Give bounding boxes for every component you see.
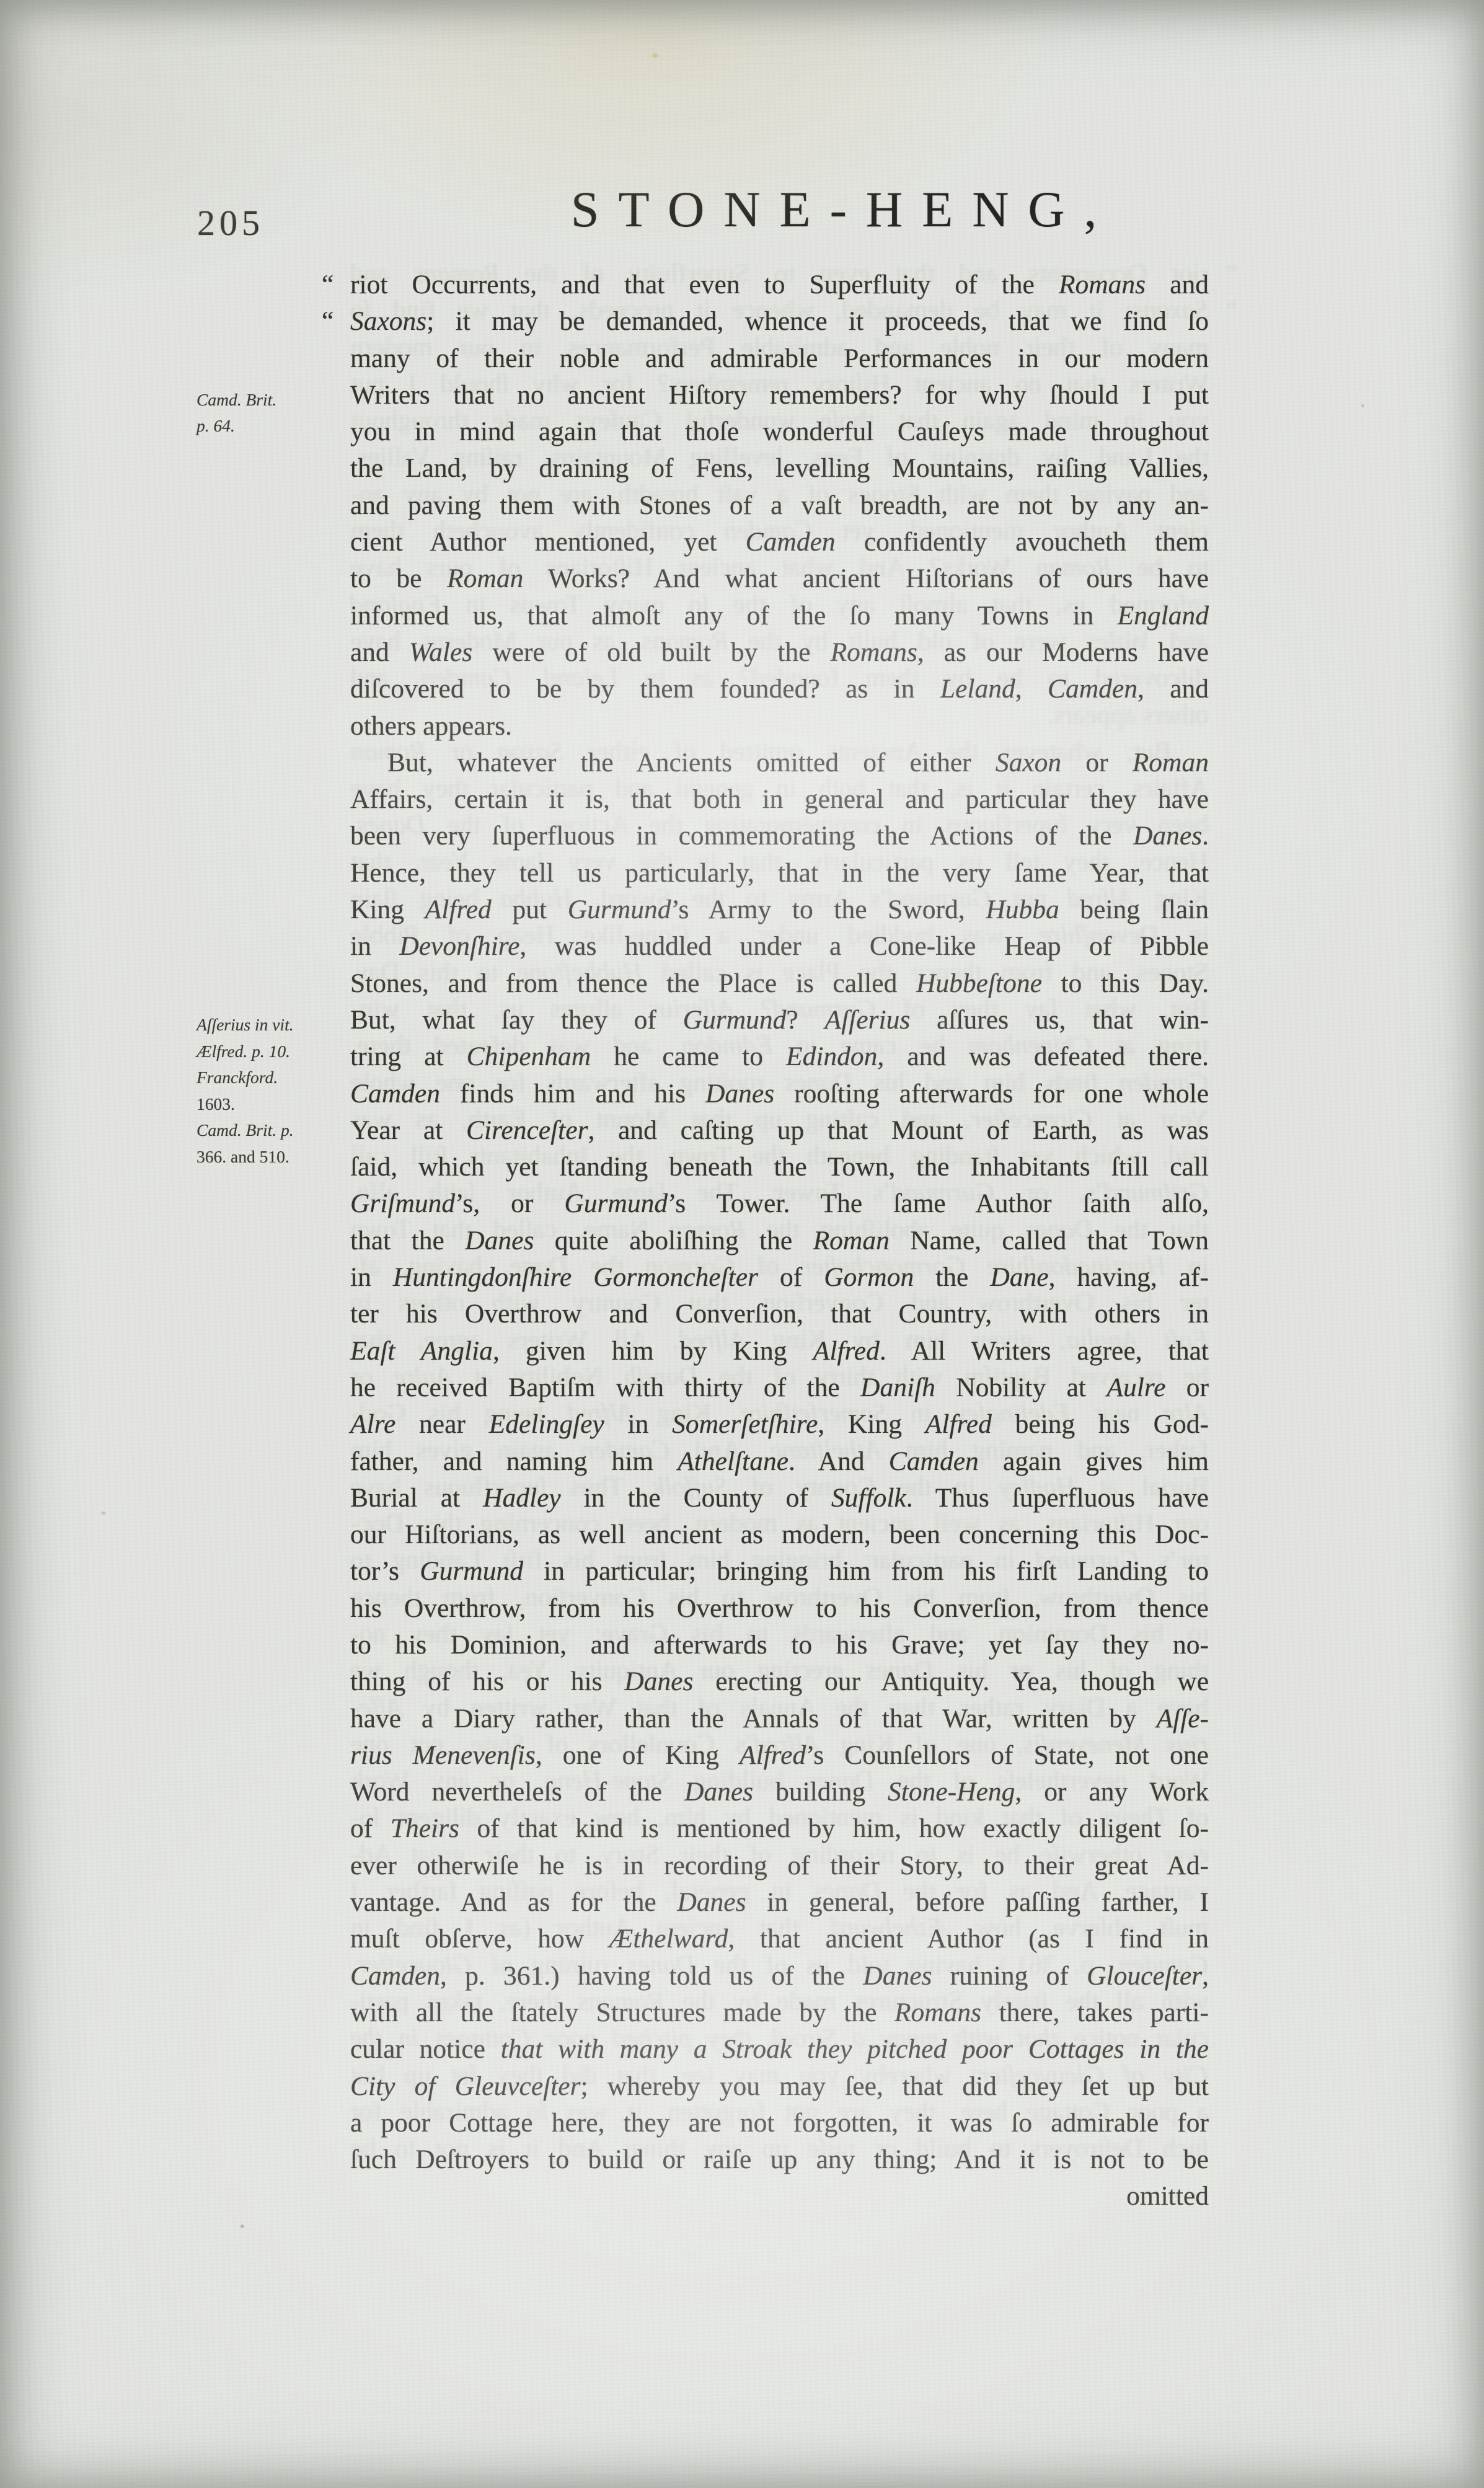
text-line: ter his Overthrow and Converſion, that C… (350, 1296, 1209, 1332)
text-line: have a Diary rather, than the Annals of … (350, 1701, 1209, 1737)
text-segment: England (1118, 601, 1209, 631)
text-line: vantage. And as for the Danes in general… (350, 1884, 1209, 1921)
text-segment: Alre (350, 1409, 395, 1439)
text-segment: Saxon (996, 748, 1061, 777)
text-segment: Edelingſey (489, 1409, 604, 1439)
text-line: cular notice that with many a Stroak the… (350, 2031, 1209, 2068)
text-segment: being ſlain (1059, 895, 1209, 924)
text-segment: Griſmund (350, 1189, 455, 1218)
text-line: the Land, by draining of Fens, levelling… (350, 450, 1209, 487)
text-line: Alre near Edelingſey in Somerſetſhire, K… (350, 1406, 1209, 1443)
text-segment: aſſures us, that win- (910, 1005, 1209, 1035)
text-segment: Roman (813, 1226, 890, 1255)
text-segment: Stone-Heng (888, 1777, 1015, 1807)
text-line: Griſmund’s, or Gurmund’s Tower. The ſame… (350, 1185, 1209, 1222)
text-segment: ruining of (932, 1961, 1087, 1991)
text-line: to be Roman Works? And what ancient Hiſt… (350, 560, 1209, 597)
text-line: thing of his or his Danes erecting our A… (350, 1663, 1209, 1700)
text-segment: ’s Counſellors of State, not one (806, 1740, 1209, 1770)
text-segment: quite aboliſhing the (534, 1226, 813, 1255)
margin-note-line: 366. and 510. (197, 1144, 347, 1171)
text-segment: Alfred (740, 1740, 806, 1770)
text-segment: of that kind is mentioned by him, how ex… (459, 1813, 1209, 1843)
text-segment: Danes (705, 1079, 774, 1109)
text-segment: Gurmund (564, 1189, 668, 1218)
text-segment: Aſſe- (1156, 1704, 1209, 1733)
text-line: Year at Cirenceſter, and caſting up that… (350, 1112, 1209, 1149)
text-segment: his Overthrow, from his Overthrow to his… (350, 1593, 1209, 1623)
text-line: Burial at Hadley in the County of Suffol… (350, 1480, 1209, 1516)
text-segment: were of old built by the (472, 637, 830, 667)
text-segment: cient Author mentioned, yet (350, 527, 746, 557)
text-segment: , and (1137, 674, 1209, 704)
text-segment: Camden (889, 1446, 979, 1476)
text-line: in Huntingdonſhire Gormoncheſter of Gorm… (350, 1259, 1209, 1296)
text-segment: Aulre (1106, 1373, 1165, 1402)
margin-note: Camd. Brit.p. 64. (197, 387, 347, 440)
text-segment: of (350, 1813, 391, 1843)
text-segment: ; whereby you may ſee, that did they ſet… (581, 2071, 1209, 2101)
text-segment: ſaid, which yet ſtanding beneath the Tow… (350, 1152, 1209, 1182)
text-segment: ? (786, 1005, 824, 1035)
text-segment: riot Occurrents, and that even to Superf… (350, 270, 1059, 299)
text-line: Hence, they tell us particularly, that i… (350, 855, 1209, 892)
text-segment: he came to (591, 1042, 786, 1071)
quotation-mark: “ (322, 267, 333, 303)
text-segment: King (350, 895, 425, 924)
text-segment: in particular; bringing him from his fir… (523, 1556, 1209, 1586)
text-segment: Name, called that Town (890, 1226, 1209, 1255)
text-segment: Camden (350, 1079, 440, 1109)
text-segment: rooſting afterwards for one whole (774, 1079, 1209, 1109)
text-segment: put (492, 895, 568, 924)
text-segment: there, takes parti- (981, 1998, 1209, 2027)
text-line: you in mind again that thoſe wonderful C… (350, 414, 1209, 450)
text-segment: ſuch Deſtroyers to build or raiſe up any… (350, 2145, 1209, 2174)
text-segment: Stones, and from thence the Place is cal… (350, 968, 916, 998)
text-line: ſaid, which yet ſtanding beneath the Tow… (350, 1149, 1209, 1185)
text-segment: Theirs (391, 1813, 459, 1843)
text-segment: informed us, that almoſt any of the ſo m… (350, 601, 1118, 631)
text-segment: , (1202, 1961, 1209, 1991)
text-segment: father, and naming him (350, 1446, 678, 1476)
text-segment: to this Day. (1042, 968, 1209, 998)
text-segment: Glouceſter (1087, 1961, 1202, 1991)
text-segment: Affairs, certain it is, that both in gen… (350, 784, 1209, 814)
text-segment: been very ſuperfluous in commemorating t… (350, 821, 1133, 851)
text-segment: in (350, 931, 399, 961)
text-line: City of Gleuvceſter; whereby you may ſee… (350, 2068, 1209, 2105)
text-segment: or (1061, 748, 1133, 777)
text-line: rius Menevenſis, one of King Alfred’s Co… (350, 1737, 1209, 1774)
text-segment: Chipenham (467, 1042, 591, 1071)
text-segment: Huntingdonſhire Gormoncheſter (393, 1262, 758, 1292)
text-line: others appears. (350, 708, 1209, 745)
text-segment: the Land, by draining of Fens, levelling… (350, 453, 1209, 483)
text-segment: , and caſting up that Mount of Earth, as… (588, 1115, 1209, 1145)
text-segment: he received Baptiſm with thirty of the (350, 1373, 860, 1402)
text-segment: our Hiſtorians, as well ancient as moder… (350, 1520, 1209, 1549)
text-segment: in (604, 1409, 672, 1439)
text-segment: building (753, 1777, 888, 1807)
text-segment: , (1015, 674, 1048, 704)
text-segment: ’s, or (455, 1189, 564, 1218)
text-segment: Devonſhire (399, 931, 519, 961)
text-line: informed us, that almoſt any of the ſo m… (350, 598, 1209, 634)
text-segment: Year at (350, 1115, 466, 1145)
text-segment: Romans (1059, 270, 1146, 299)
text-line: “riot Occurrents, and that even to Super… (350, 267, 1209, 303)
text-segment: , that ancient Author (as I find in (728, 1924, 1209, 1954)
text-segment: Wales (409, 637, 472, 667)
text-segment: Danes (684, 1777, 753, 1807)
text-segment: , as our Moderns have (917, 637, 1209, 667)
text-segment: Danes (863, 1961, 932, 1991)
text-segment: the (914, 1262, 990, 1292)
text-segment: Works? And what ancient Hiſtorians of ou… (523, 564, 1209, 593)
text-line: a poor Cottage here, they are not forgot… (350, 2105, 1209, 2141)
text-line: with all the ſtately Structures made by … (350, 1994, 1209, 2031)
text-segment: Edindon (786, 1042, 877, 1071)
text-segment: Roman (1133, 748, 1209, 777)
margin-note-line: Camd. Brit. (197, 387, 347, 414)
text-segment: tring at (350, 1042, 467, 1071)
text-line: Writers that no ancient Hiſtory remember… (350, 377, 1209, 414)
text-segment: Eaſt Anglia (350, 1336, 493, 1366)
text-segment: ever otherwiſe he is in recording of the… (350, 1851, 1209, 1880)
text-segment: Camden (1048, 674, 1137, 704)
text-segment: Alfred (425, 895, 492, 924)
text-segment: confidently avoucheth them (836, 527, 1209, 557)
text-segment: . Thus ſuperfluous have (906, 1483, 1209, 1513)
text-segment: a poor Cottage here, they are not forgot… (350, 2108, 1209, 2138)
text-segment: erecting our Antiquity. Yea, though we (693, 1667, 1209, 1696)
text-line: and Wales were of old built by the Roman… (350, 634, 1209, 671)
text-segment: you in mind again that thoſe wonderful C… (350, 417, 1209, 446)
text-segment: to his Dominion, and afterwards to his G… (350, 1630, 1209, 1660)
book-page: “riot Occurrents, and that even to Super… (0, 0, 1484, 2488)
text-segment: Gormon (824, 1262, 914, 1292)
text-line: in Devonſhire, was huddled under a Cone-… (350, 928, 1209, 965)
text-segment: Romans (894, 1998, 981, 2027)
text-segment: being his God- (992, 1409, 1209, 1439)
margin-note: Aſſerius in vit.Ælfred. p. 10.Franckford… (197, 1012, 347, 1170)
text-segment: , given him by King (493, 1336, 813, 1366)
text-segment: to be (350, 564, 447, 593)
text-line: “Saxons; it may be demanded, whence it p… (350, 303, 1209, 340)
text-line: Eaſt Anglia, given him by King Alfred. A… (350, 1333, 1209, 1370)
text-line: But, what ſay they of Gurmund? Aſſerius … (350, 1002, 1209, 1038)
text-segment: that with many a Stroak they pitched poo… (501, 2034, 1209, 2064)
text-segment: Danes (624, 1667, 693, 1696)
text-line: he received Baptiſm with thirty of the D… (350, 1370, 1209, 1406)
text-segment: Suffolk (831, 1483, 906, 1513)
text-line: his Overthrow, from his Overthrow to his… (350, 1590, 1209, 1627)
text-segment: Roman (447, 564, 523, 593)
text-line: and paving them with Stones of a vaſt br… (350, 487, 1209, 524)
text-segment: thing of his or his (350, 1667, 624, 1696)
text-segment: Hadley (483, 1483, 561, 1513)
text-segment: , one of King (536, 1740, 740, 1770)
text-segment: But, what ſay they of (350, 1005, 683, 1035)
text-segment: Gurmund (568, 895, 671, 924)
text-segment: ’s Tower. The ſame Author ſaith alſo, (668, 1189, 1209, 1218)
text-segment: Camden (350, 1961, 440, 1991)
text-segment: Danes (1133, 821, 1202, 851)
text-segment: Gurmund (420, 1556, 523, 1586)
text-segment: Hubba (986, 895, 1059, 924)
margin-note-line: 1603. (197, 1091, 347, 1118)
text-line: cient Author mentioned, yet Camden confi… (350, 524, 1209, 560)
text-line: tor’s Gurmund in particular; bringing hi… (350, 1553, 1209, 1590)
text-segment: have a Diary rather, than the Annals of … (350, 1704, 1156, 1733)
text-line: Stones, and from thence the Place is cal… (350, 965, 1209, 1002)
text-segment: rius Menevenſis (350, 1740, 536, 1770)
text-segment: Danes (465, 1226, 534, 1255)
text-segment: of (758, 1262, 824, 1292)
text-segment: , p. 361.) having told us of the (440, 1961, 863, 1991)
text-segment: Dane (990, 1262, 1048, 1292)
text-segment: diſcovered to be by them founded? as in (350, 674, 940, 704)
text-line: muſt obſerve, how Æthelward, that ancien… (350, 1921, 1209, 1957)
catchword: omitted (350, 2178, 1209, 2215)
text-segment: Æthelward (609, 1924, 728, 1954)
margin-note-line: Aſſerius in vit. (197, 1012, 347, 1038)
text-segment: Burial at (350, 1483, 483, 1513)
text-segment: ter his Overthrow and Converſion, that C… (350, 1299, 1209, 1329)
text-segment: Hence, they tell us particularly, that i… (350, 858, 1209, 888)
text-segment: many of their noble and admirable Perfor… (350, 343, 1209, 373)
text-segment: Saxons (350, 306, 426, 336)
text-segment: , having, af- (1049, 1262, 1209, 1292)
text-segment: Hubbeſtone (916, 968, 1042, 998)
text-segment: Nobility at (935, 1373, 1107, 1402)
text-line: diſcovered to be by them founded? as in … (350, 671, 1209, 707)
text-segment: vantage. And as for the (350, 1887, 677, 1917)
text-segment: again gives him (979, 1446, 1209, 1476)
body-text: “riot Occurrents, and that even to Super… (350, 267, 1209, 2178)
text-segment: Word nevertheleſs of the (350, 1777, 684, 1807)
text-line: Affairs, certain it is, that both in gen… (350, 781, 1209, 818)
text-line: tring at Chipenham he came to Edindon, a… (350, 1038, 1209, 1075)
text-line: Camden, p. 361.) having told us of the D… (350, 1958, 1209, 1994)
text-segment: Romans (831, 637, 917, 667)
text-segment: Camden (746, 527, 836, 557)
text-segment: ’s Army to the Sword, (671, 895, 986, 924)
text-line: ſuch Deſtroyers to build or raiſe up any… (350, 2141, 1209, 2178)
text-line: been very ſuperfluous in commemorating t… (350, 818, 1209, 854)
text-segment: Gurmund (683, 1005, 787, 1035)
text-line: that the Danes quite aboliſhing the Roma… (350, 1223, 1209, 1259)
text-line: our Hiſtorians, as well ancient as moder… (350, 1516, 1209, 1553)
text-line: of Theirs of that kind is mentioned by h… (350, 1810, 1209, 1847)
text-segment: Alfred (925, 1409, 992, 1439)
text-segment: tor’s (350, 1556, 420, 1586)
text-line: ever otherwiſe he is in recording of the… (350, 1848, 1209, 1884)
text-line: Camden finds him and his Danes rooſting … (350, 1076, 1209, 1112)
text-segment: cular notice (350, 2034, 501, 2064)
text-segment: Writers that no ancient Hiſtory remember… (350, 380, 1209, 410)
margin-note-line: p. 64. (197, 413, 347, 440)
text-segment: near (395, 1409, 488, 1439)
margin-note-line: Franckford. (197, 1065, 347, 1091)
text-line: father, and naming him Athelſtane. And C… (350, 1443, 1209, 1480)
text-line: to his Dominion, and afterwards to his G… (350, 1627, 1209, 1663)
text-segment: But, whatever the Ancients omitted of ei… (387, 748, 996, 777)
quotation-mark: “ (322, 303, 333, 340)
text-segment: muſt obſerve, how (350, 1924, 609, 1954)
text-segment: Leland (940, 674, 1015, 704)
text-segment: in the County of (561, 1483, 831, 1513)
text-line: many of their noble and admirable Perfor… (350, 340, 1209, 377)
text-segment: with all the ſtately Structures made by … (350, 1998, 894, 2027)
text-line: Word nevertheleſs of the Danes building … (350, 1774, 1209, 1810)
text-segment: , or any Work (1015, 1777, 1209, 1807)
margin-note-line: Camd. Brit. p. (197, 1117, 347, 1144)
text-segment: , was huddled under a Cone-like Heap of … (519, 931, 1209, 961)
text-segment: Alfred (813, 1336, 880, 1366)
text-line: King Alfred put Gurmund’s Army to the Sw… (350, 892, 1209, 928)
text-line: But, whatever the Ancients omitted of ei… (350, 745, 1209, 781)
text-segment: and paving them with Stones of a vaſt br… (350, 490, 1209, 520)
text-segment: . And (788, 1446, 889, 1476)
text-segment: City of Gleuvceſter (350, 2071, 581, 2101)
text-segment: Danes (677, 1887, 746, 1917)
text-segment: or (1165, 1373, 1209, 1402)
text-segment: , King (818, 1409, 925, 1439)
text-segment: Daniſh (860, 1373, 935, 1402)
text-segment: in general, before paſſing farther, I (746, 1887, 1209, 1917)
text-segment: in (350, 1262, 393, 1292)
text-segment: others appears. (350, 711, 512, 741)
text-segment: . All Writers agree, that (880, 1336, 1209, 1366)
text-segment: Athelſtane (678, 1446, 788, 1476)
text-segment: finds him and his (440, 1079, 705, 1109)
text-segment: ; it may be demanded, whence it proceeds… (426, 306, 1209, 336)
margin-note-line: Ælfred. p. 10. (197, 1038, 347, 1065)
text-segment: and (350, 637, 409, 667)
text-segment: Somerſetſhire (672, 1409, 818, 1439)
text-segment: , and was defeated there. (877, 1042, 1209, 1071)
text-segment: that the (350, 1226, 465, 1255)
text-segment: Cirenceſter (466, 1115, 588, 1145)
text-segment: Aſſerius (825, 1005, 911, 1035)
text-segment: and (1146, 270, 1209, 299)
text-segment: . (1202, 821, 1209, 851)
